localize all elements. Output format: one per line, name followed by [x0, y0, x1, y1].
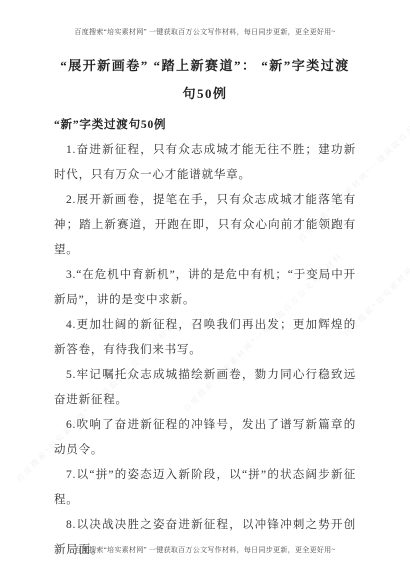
document-subtitle: “新”字类过渡句50例 — [54, 116, 410, 134]
document-page: 百度搜索“培实素材网” 一键获取百万公文写作材料，每日同步更新，更全更好用~ “… — [0, 0, 410, 580]
footer-promo-banner: 百度搜索“培实素材网” 一键获取百万公文写作材料，每日同步更新，更全更好用~ — [0, 544, 410, 556]
list-item: 5.牢记嘱托众志成城描绘新画卷，勠力同心行稳致远奋进新征程。 — [54, 363, 356, 413]
list-item: 2.展开新画卷，提笔在手，只有众志成城才能落笔有神；踏上新赛道，开跑在即，只有众… — [54, 188, 356, 263]
list-item: 1.奋进新征程，只有众志成城才能无往不胜；建功新时代，只有万众一心才能谱就华章。 — [54, 138, 356, 188]
header-promo-banner: 百度搜索“培实素材网” 一键获取百万公文写作材料，每日同步更新，更全更好用~ — [0, 26, 410, 38]
list-item: 3.“在危机中育新机”，讲的是危中有机；“于变局中开新局”，讲的是变中求新。 — [54, 263, 356, 313]
document-body: 1.奋进新征程，只有众志成城才能无往不胜；建功新时代，只有万众一心才能谱就华章。… — [54, 138, 356, 563]
list-item: 6.吹响了奋进新征程的冲锋号，发出了谱写新篇章的动员令。 — [54, 413, 356, 463]
list-item: 7.以“拼”的姿态迈入新阶段，以“拼”的状态阔步新征程。 — [54, 463, 356, 513]
document-title: “展开新画卷” “踏上新赛道”： “新”字类过渡句50例 — [59, 52, 351, 108]
list-item: 4.更加壮阔的新征程，召唤我们再出发；更加辉煌的新答卷，有待我们来书写。 — [54, 313, 356, 363]
